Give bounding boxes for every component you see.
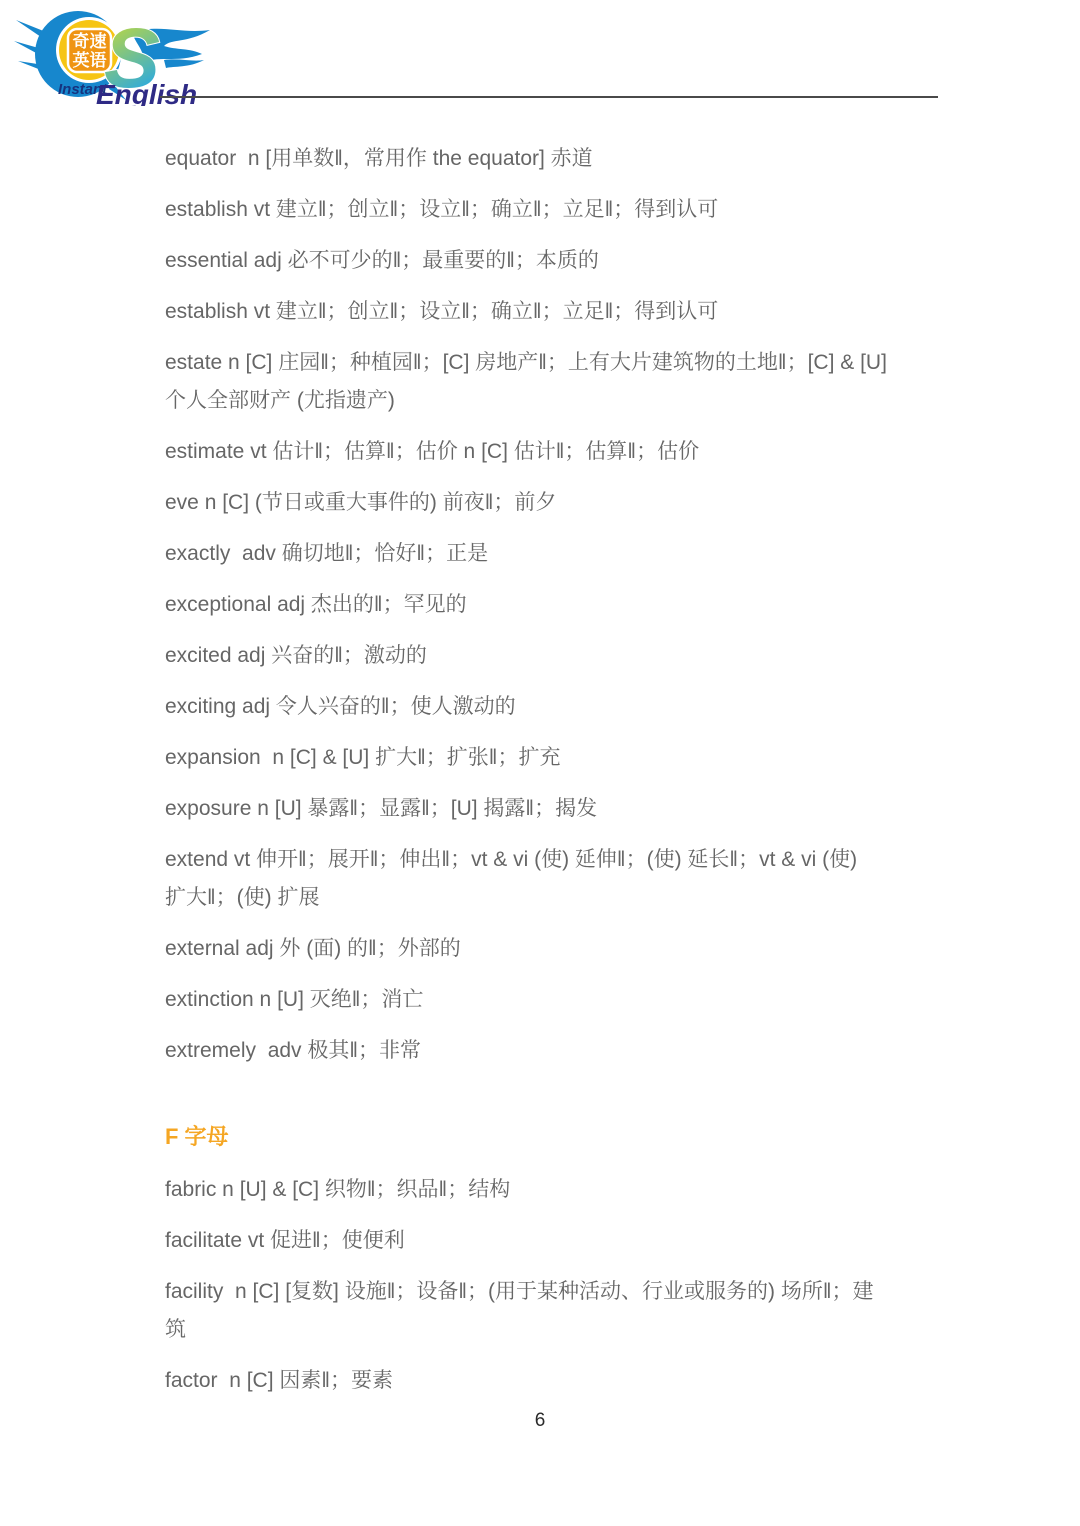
vocab-entry-line: exciting adj 令人兴奋的‖；使人激动的 xyxy=(165,688,937,726)
vocab-entry-line: exactly adv 确切地‖；恰好‖；正是 xyxy=(165,535,937,573)
vocab-entry-line: exposure n [U] 暴露‖；显露‖；[U] 揭露‖；揭发 xyxy=(165,790,937,828)
vocab-entry: exciting adj 令人兴奋的‖；使人激动的 xyxy=(165,688,937,726)
vocab-entry: exceptional adj 杰出的‖；罕见的 xyxy=(165,586,937,624)
vocab-entry-line: factor n [C] 因素‖；要素 xyxy=(165,1362,937,1400)
vocab-entry-line: essential adj 必不可少的‖；最重要的‖；本质的 xyxy=(165,242,937,280)
vocab-entry: external adj 外 (面) 的‖；外部的 xyxy=(165,930,937,968)
vocab-entry: establish vt 建立‖；创立‖；设立‖；确立‖；立足‖；得到认可 xyxy=(165,293,937,331)
vocab-entry-line: estimate vt 估计‖；估算‖；估价 n [C] 估计‖；估算‖；估价 xyxy=(165,433,937,471)
vocab-entry: eve n [C] (节日或重大事件的) 前夜‖；前夕 xyxy=(165,484,937,522)
vocab-entry: extremely adv 极其‖；非常 xyxy=(165,1032,937,1070)
document-page: 奇速 英语 S Instant English equator n [用单数‖，… xyxy=(0,0,1080,1526)
vocab-entry-line: extinction n [U] 灭绝‖；消亡 xyxy=(165,981,937,1019)
vocab-entry-line: excited adj 兴奋的‖；激动的 xyxy=(165,637,937,675)
vocab-entry-line: extend vt 伸开‖；展开‖；伸出‖；vt & vi (使) 延伸‖；(使… xyxy=(165,841,937,879)
vocab-entry: factor n [C] 因素‖；要素 xyxy=(165,1362,937,1400)
vocab-entry: excited adj 兴奋的‖；激动的 xyxy=(165,637,937,675)
vocab-entry-line: 筑 xyxy=(165,1311,937,1349)
vocab-entry: exactly adv 确切地‖；恰好‖；正是 xyxy=(165,535,937,573)
vocab-entry-line: establish vt 建立‖；创立‖；设立‖；确立‖；立足‖；得到认可 xyxy=(165,191,937,229)
vocab-entry: establish vt 建立‖；创立‖；设立‖；确立‖；立足‖；得到认可 xyxy=(165,191,937,229)
badge-text-line2: 英语 xyxy=(73,50,107,70)
vocab-entry-line: eve n [C] (节日或重大事件的) 前夜‖；前夕 xyxy=(165,484,937,522)
vocab-entry: exposure n [U] 暴露‖；显露‖；[U] 揭露‖；揭发 xyxy=(165,790,937,828)
vocab-entry: essential adj 必不可少的‖；最重要的‖；本质的 xyxy=(165,242,937,280)
vocab-entry: fabric n [U] & [C] 织物‖；织品‖；结构 xyxy=(165,1171,937,1209)
vocab-entry: facilitate vt 促进‖；使便利 xyxy=(165,1222,937,1260)
vocab-entry-line: extremely adv 极其‖；非常 xyxy=(165,1032,937,1070)
vocab-entry-line: expansion n [C] & [U] 扩大‖；扩张‖；扩充 xyxy=(165,739,937,777)
badge-text-line1: 奇速 xyxy=(73,31,107,51)
vocab-entry: facility n [C] [复数] 设施‖；设备‖；(用于某种活动、行业或服… xyxy=(165,1273,937,1349)
logo-english-text: English xyxy=(96,79,197,106)
section-heading: F 字母 xyxy=(165,1118,937,1156)
vocab-entry: equator n [用单数‖，常用作 the equator] 赤道 xyxy=(165,140,937,178)
instant-english-logo: 奇速 英语 S Instant English xyxy=(14,4,214,106)
vocab-entry-line: external adj 外 (面) 的‖；外部的 xyxy=(165,930,937,968)
vocabulary-list: equator n [用单数‖，常用作 the equator] 赤道estab… xyxy=(165,140,937,1413)
vocab-entry: extinction n [U] 灭绝‖；消亡 xyxy=(165,981,937,1019)
vocab-entry-line: 个人全部财产 (尤指遗产) xyxy=(165,382,937,420)
vocab-entry-line: equator n [用单数‖，常用作 the equator] 赤道 xyxy=(165,140,937,178)
vocab-entry-line: establish vt 建立‖；创立‖；设立‖；确立‖；立足‖；得到认可 xyxy=(165,293,937,331)
vocab-entry: expansion n [C] & [U] 扩大‖；扩张‖；扩充 xyxy=(165,739,937,777)
vocab-entry-line: facilitate vt 促进‖；使便利 xyxy=(165,1222,937,1260)
vocab-entry-line: fabric n [U] & [C] 织物‖；织品‖；结构 xyxy=(165,1171,937,1209)
header-rule xyxy=(160,96,938,98)
vocab-entry-line: 扩大‖；(使) 扩展 xyxy=(165,879,937,917)
vocab-entry-line: exceptional adj 杰出的‖；罕见的 xyxy=(165,586,937,624)
vocab-entry: extend vt 伸开‖；展开‖；伸出‖；vt & vi (使) 延伸‖；(使… xyxy=(165,841,937,917)
vocab-entry: estimate vt 估计‖；估算‖；估价 n [C] 估计‖；估算‖；估价 xyxy=(165,433,937,471)
vocab-entry-line: facility n [C] [复数] 设施‖；设备‖；(用于某种活动、行业或服… xyxy=(165,1273,937,1311)
vocab-entry: estate n [C] 庄园‖；种植园‖；[C] 房地产‖；上有大片建筑物的土… xyxy=(165,344,937,420)
vocab-entry-line: estate n [C] 庄园‖；种植园‖；[C] 房地产‖；上有大片建筑物的土… xyxy=(165,344,937,382)
page-number: 6 xyxy=(0,1410,1080,1432)
